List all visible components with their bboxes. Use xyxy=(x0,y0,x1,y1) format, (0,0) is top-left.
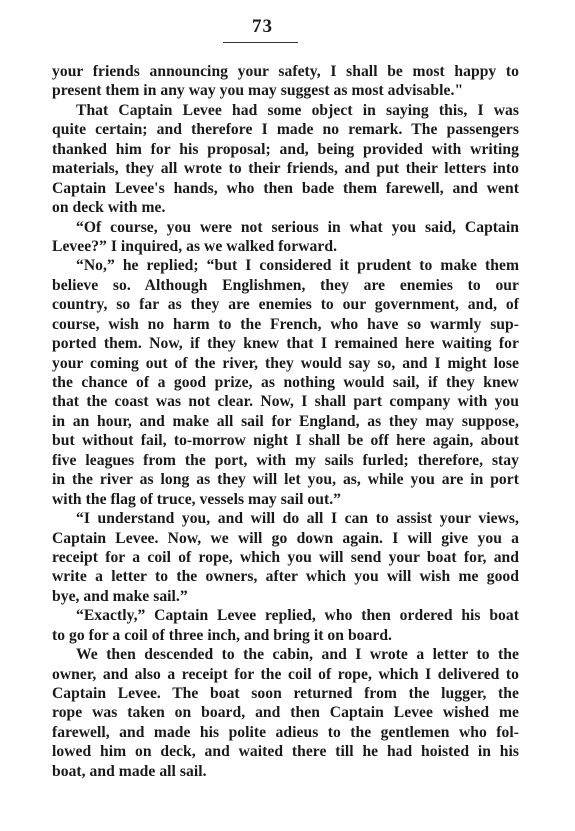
text-line: We then descended to the cabin, and I wr… xyxy=(52,645,519,664)
header-rule xyxy=(223,42,298,43)
page-number: 73 xyxy=(252,16,273,38)
body-text: your friends announcing your safety, I s… xyxy=(52,62,519,781)
text-line: Captain Levee. The boat soon returned fr… xyxy=(52,684,519,703)
text-line: bye, and make sail.” xyxy=(52,587,519,606)
text-line: course, wish no harm to the French, who … xyxy=(52,315,519,334)
text-line: but without fail, to-morrow night I shal… xyxy=(52,431,519,450)
text-line: the chance of a good prize, as nothing w… xyxy=(52,373,519,392)
text-line: write a letter to the owners, after whic… xyxy=(52,567,519,586)
text-line: That Captain Levee had some object in sa… xyxy=(52,101,519,120)
text-line: in an hour, and make all sail for Englan… xyxy=(52,412,519,431)
text-line: ported them. Now, if they knew that I re… xyxy=(52,334,519,353)
page-header: 73 xyxy=(0,16,525,38)
text-line: Levee?” I inquired, as we walked forward… xyxy=(52,237,519,256)
text-line: believe so. Although Englishmen, they ar… xyxy=(52,276,519,295)
text-line: with the flag of truce, vessels may sail… xyxy=(52,490,519,509)
text-line: your coming out of the river, they would… xyxy=(52,354,519,373)
text-line: “Of course, you were not serious in what… xyxy=(52,218,519,237)
text-line: country, so far as they are enemies to o… xyxy=(52,295,519,314)
text-line: “I understand you, and will do all I can… xyxy=(52,509,519,528)
text-line: rope was taken on board, and then Captai… xyxy=(52,703,519,722)
text-line: quite certain; and therefore I made no r… xyxy=(52,120,519,139)
text-line: Captain Levee's hands, who then bade the… xyxy=(52,179,519,198)
text-line: on deck with me. xyxy=(52,198,519,217)
text-line: that the coast was not clear. Now, I sha… xyxy=(52,392,519,411)
text-line: five leagues from the port, with my sail… xyxy=(52,451,519,470)
text-line: “No,” he replied; “but I considered it p… xyxy=(52,256,519,275)
text-line: boat, and made all sail. xyxy=(52,762,519,781)
text-line: “Exactly,” Captain Levee replied, who th… xyxy=(52,606,519,625)
text-line: materials, they all wrote to their frien… xyxy=(52,159,519,178)
text-line: farewell, and made his polite adieus to … xyxy=(52,723,519,742)
text-line: lowed him on deck, and waited there till… xyxy=(52,742,519,761)
text-line: Captain Levee. Now, we will go down agai… xyxy=(52,529,519,548)
text-line: owner, and also a receipt for the coil o… xyxy=(52,665,519,684)
text-line: to go for a coil of three inch, and brin… xyxy=(52,626,519,645)
text-line: present them in any way you may suggest … xyxy=(52,81,519,100)
text-line: your friends announcing your safety, I s… xyxy=(52,62,519,81)
text-line: receipt for a coil of rope, which you wi… xyxy=(52,548,519,567)
text-line: in the river as long as they will let yo… xyxy=(52,470,519,489)
text-line: thanked him for his proposal; and, being… xyxy=(52,140,519,159)
